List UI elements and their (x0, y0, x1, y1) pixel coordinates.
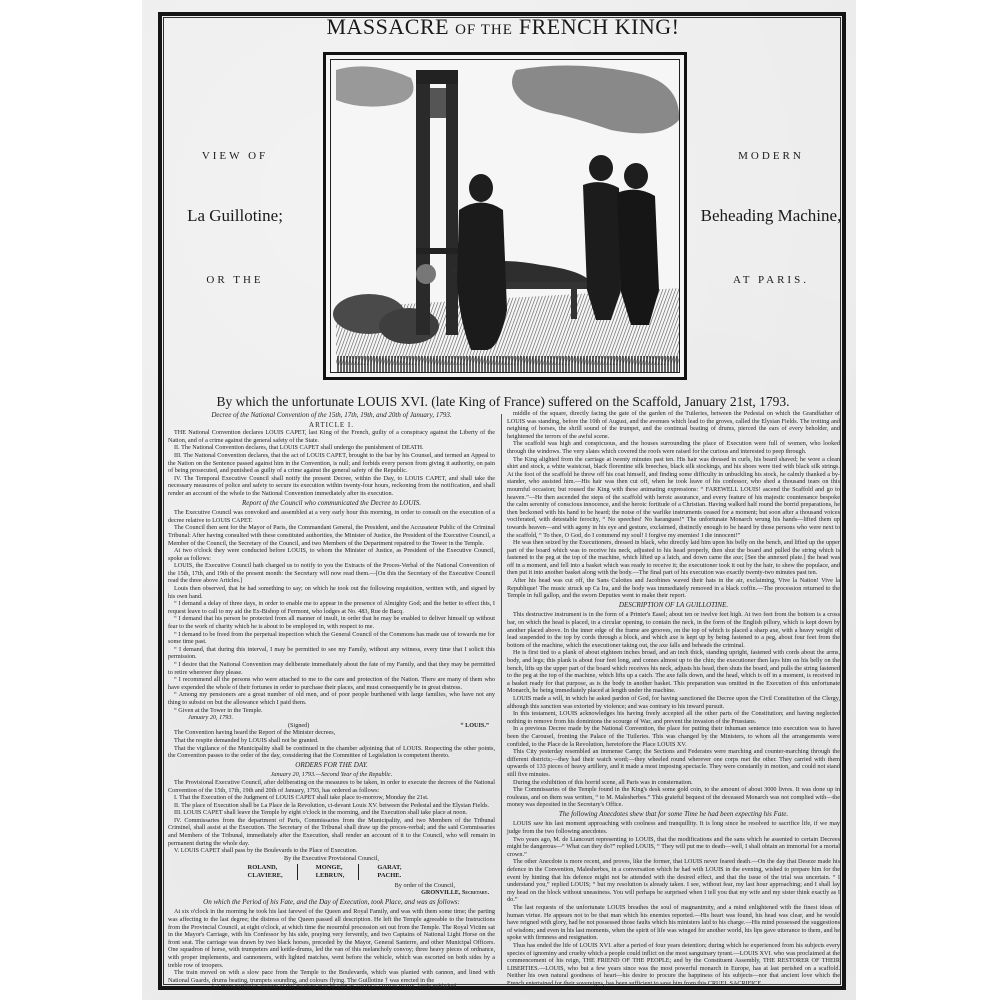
description-paragraph: LOUIS made a will, in which he asked par… (507, 695, 840, 710)
side-right-bottom: AT PARIS. (700, 274, 842, 286)
period-paragraph: At six o'clock in the morning he took hi… (168, 908, 495, 969)
side-right-middle: Beheading Machine, (700, 206, 842, 226)
narrative-paragraph: The King alighted from the carriage at t… (507, 456, 840, 540)
period-paragraphs: At six o'clock in the morning he took hi… (168, 908, 495, 984)
decree-articles: THE National Convention declares LOUIS C… (168, 429, 495, 497)
anecdote-paragraph: The last requests of the unfortunate LOU… (507, 904, 840, 942)
anecdote-paragraph: The other Anecdote is more recent, and p… (507, 858, 840, 904)
signatory-group: GARAT,PACHE. (377, 864, 415, 879)
title-french-king: FRENCH KING! (519, 14, 680, 39)
column-divider (501, 414, 502, 970)
right-column: middle of the square, directly facing th… (507, 410, 840, 988)
article-paragraph: III. The National Convention declares, t… (168, 452, 495, 475)
report-paragraph: “ I demand, that during this interval, I… (168, 646, 495, 661)
report-paragraph: “ I desire that the National Convention … (168, 661, 495, 676)
report-paragraph: “ Given at the Tower in the Temple. (168, 707, 495, 715)
report-paragraph: “ I demand that his person be protected … (168, 615, 495, 630)
guillotine-engraving (323, 52, 687, 380)
subtitle-louis-xvi: By which the unfortunate LOUIS XVI. (lat… (160, 394, 846, 410)
article-paragraph: II. The National Convention declares, th… (168, 444, 495, 452)
order-paragraph: The Provisional Executive Council, after… (168, 779, 495, 794)
period-heading: On which the Period of his Fate, and the… (168, 899, 495, 907)
narrative-paragraph: The scaffold was high and conspicuous, a… (507, 440, 840, 455)
description-paragraph: He is first tied to a plank of about eig… (507, 649, 840, 695)
orders-date: January 20, 1793.—Second Year of the Rep… (168, 771, 495, 779)
article-paragraph: THE National Convention declares LOUIS C… (168, 429, 495, 444)
description-paragraph: This City yesterday resembled an immense… (507, 748, 840, 778)
anecdotes-paragraphs: LOUIS saw his last moment approaching wi… (507, 820, 840, 987)
orders-heading: ORDERS FOR THE DAY. (168, 762, 495, 770)
order-paragraph: II. The place of Execution shall be La P… (168, 802, 495, 810)
narrative-paragraph: After his head was cut off, the Sans Cul… (507, 577, 840, 600)
convention-paragraph: That the respite demanded by LOUIS shall… (168, 737, 495, 745)
narrative-paragraph: He was then seized by the Executioners, … (507, 539, 840, 577)
report-paragraph: The Council then sent for the Mayor of P… (168, 524, 495, 547)
report-paragraph: At two o'clock they were conducted befor… (168, 547, 495, 562)
convention-paragraph: The Convention having heard the Report o… (168, 729, 495, 737)
anecdotes-heading: The following Anecdotes shew that for so… (507, 811, 840, 819)
guillotine-description: This destructive instrument is in the fo… (507, 611, 840, 808)
description-paragraph: In this testament, LOUIS acknowledges hi… (507, 710, 840, 725)
report-heading: Report of the Council who communicated t… (168, 500, 495, 508)
description-paragraph: During the exhibition of this horrid sce… (507, 779, 840, 787)
title-of-the: OF THE (455, 22, 513, 38)
execution-narrative: middle of the square, directly facing th… (507, 410, 840, 600)
article-heading: ARTICLE I. (168, 422, 495, 430)
order-paragraph: I. That the Execution of the Judgment of… (168, 794, 495, 802)
convention-paragraph: That the vigilance of the Municipality s… (168, 745, 495, 760)
order-paragraph: IV. Commissaries from the department of … (168, 817, 495, 847)
report-paragraphs: The Executive Council was convoked and a… (168, 509, 495, 714)
title-massacre: MASSACRE (326, 14, 449, 39)
report-paragraph: “ Among my pensioners are a great number… (168, 691, 495, 706)
anecdote-paragraph: Thus has ended the life of LOUIS XVI. af… (507, 942, 840, 988)
description-heading: DESCRIPTION OF LA GUILLOTINE. (507, 602, 840, 610)
anecdote-paragraph: LOUIS saw his last moment approaching wi… (507, 820, 840, 835)
guillotine-scene-illustration (331, 60, 680, 373)
by-order: By order of the Council, (168, 882, 495, 890)
period-paragraph: The train moved on with a slow pace from… (168, 969, 495, 984)
footnote: † A more particular account of this mach… (168, 984, 495, 992)
description-paragraph: In a previous Decree made by the Nationa… (507, 725, 840, 748)
order-paragraph: V. LOUIS CAPET shall pass by the Bouleva… (168, 847, 495, 855)
side-left-top: VIEW OF (165, 150, 305, 162)
signed-label: (Signed) (288, 722, 309, 730)
signatory-group: ROLAND,CLAVIERE, (248, 864, 298, 879)
signatories: ROLAND,CLAVIERE,MONGE,LEBRUN,GARAT,PACHE… (168, 864, 495, 879)
report-paragraph: LOUIS, the Executive Council hath charge… (168, 562, 495, 585)
decree-heading: Decree of the National Convention of the… (168, 412, 495, 420)
report-paragraph: The Executive Council was convoked and a… (168, 509, 495, 524)
left-column: Decree of the National Convention of the… (168, 410, 495, 992)
side-caption-right: MODERN Beheading Machine, AT PARIS. (700, 150, 842, 286)
report-paragraph: “ I recommend all the persons who were a… (168, 676, 495, 691)
description-paragraph: This destructive instrument is in the fo… (507, 611, 840, 649)
report-paragraph: “ I demand to be freed from the perpetua… (168, 631, 495, 646)
side-left-bottom: OR THE (165, 274, 305, 286)
letter-date: January 20, 1793. (168, 714, 495, 722)
side-left-middle: La Guillotine; (165, 206, 305, 226)
page-title: MASSACRE OF THE FRENCH KING! (160, 14, 846, 40)
order-paragraph: III. LOUIS CAPET shall leave the Temple … (168, 809, 495, 817)
report-paragraph: Louis then observed, that he had somethi… (168, 585, 495, 600)
report-paragraph: “ I demand a delay of three days, in ord… (168, 600, 495, 615)
signed-name: “ LOUIS.” (460, 722, 489, 730)
side-right-top: MODERN (700, 150, 842, 162)
signatory-group: MONGE,LEBRUN, (316, 864, 360, 879)
convention-response: The Convention having heard the Report o… (168, 729, 495, 759)
anecdote-paragraph: Two years ago, M. de Liancourt represent… (507, 836, 840, 859)
side-caption-left: VIEW OF La Guillotine; OR THE (165, 150, 305, 286)
article-paragraph: IV. The Temporal Executive Council shall… (168, 475, 495, 498)
secretary: GRONVILLE, Secretary. (168, 889, 495, 897)
description-paragraph: The Commissaries of the Temple found in … (507, 786, 840, 809)
narrative-paragraph: middle of the square, directly facing th… (507, 410, 840, 440)
signature-line: (Signed) “ LOUIS.” (168, 722, 495, 730)
orders-paragraphs: The Provisional Executive Council, after… (168, 779, 495, 855)
by-council: By the Executive Provisional Council, (168, 855, 495, 863)
